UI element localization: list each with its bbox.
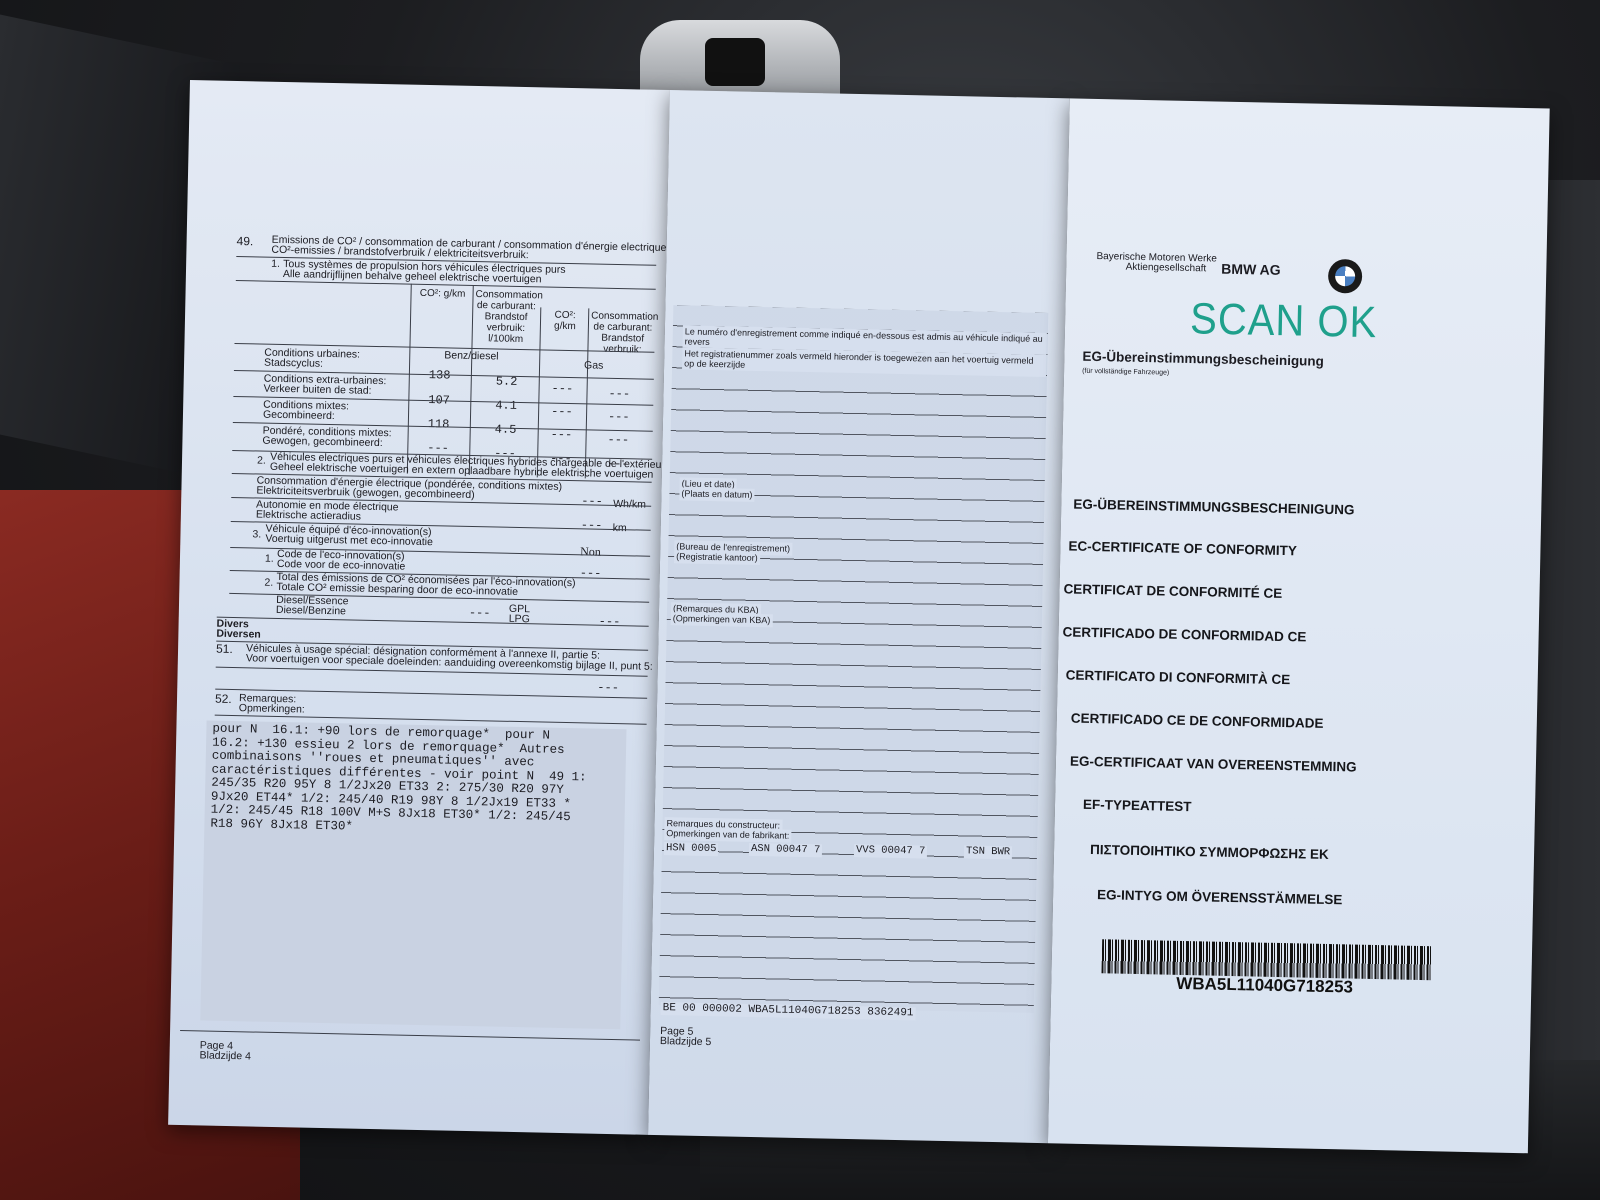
tsn-code: TSN BWR (964, 845, 1012, 859)
place-date-label-nl: (Plaats en datum) (679, 487, 754, 502)
page-4-number-nl: Bladzijde 4 (199, 1050, 251, 1062)
diesel-nl: Diesel/Benzine (276, 605, 346, 617)
emissions-table-row: Conditions urbaines: Stadscyclus: 138 5.… (190, 80, 670, 90)
row-consumption-value: 4.5 (495, 424, 517, 435)
document-title: EG-Übereinstimmungsbescheinigung (1082, 351, 1324, 367)
certificate-title-de: EG-ÜBEREINSTIMMUNGSBESCHEINIGUNG (1073, 499, 1354, 516)
section-49-number: 49. (237, 236, 254, 247)
section-52-label-nl: Opmerkingen: (239, 703, 305, 715)
certificate-title-nl: EG-CERTIFICAAT VAN OVEREENSTEMMING (1070, 756, 1357, 773)
company-name-line2: Aktiengesellschaft (1096, 261, 1206, 274)
page-5-number-nl: Bladzijde 5 (660, 1036, 712, 1048)
gear-selector-button (705, 38, 765, 86)
page-4: 49. Emissions de CO² / consommation de c… (168, 80, 670, 1135)
electric-range-value: --- (581, 520, 603, 531)
emissions-table-row: Conditions mixtes: Gecombineerd: 118 4.5… (190, 80, 670, 90)
row-co2-gas-value: --- (551, 407, 573, 418)
remarks-text: pour N 16.1: +90 lors de remorquage* pou… (210, 723, 632, 840)
group-gas: Gas (584, 360, 603, 371)
row-co2-value: 138 (429, 370, 451, 381)
row-label-nl: Gewogen, gecombineerd: (262, 436, 382, 450)
emissions-table-row: Conditions extra-urbaines: Verkeer buite… (190, 80, 670, 90)
row-co2-value: --- (427, 443, 449, 454)
sub2-number: 2. (257, 455, 266, 466)
eco-total-number: 2. (264, 578, 273, 589)
kba-remarks-label-nl: (Opmerkingen van KBA) (671, 612, 773, 627)
certificate-title-it: CERTIFICATO DI CONFORMITÀ CE (1066, 669, 1291, 685)
manufacturer-remarks-label-nl: Opmerkingen van de fabrikant: (664, 827, 791, 843)
sub3-number: 3. (252, 529, 261, 540)
divers-heading-nl: Diversen (216, 629, 261, 641)
gpl-value: --- (599, 617, 621, 628)
bmw-roundel-icon (1328, 259, 1363, 294)
ruled-area (659, 305, 1049, 1013)
eco-innovation-value: Non (580, 546, 601, 557)
eco-innovation-nl: Voertuig uitgerust met eco-innovatie (265, 534, 433, 549)
row-consumption-value: 5.2 (496, 376, 518, 387)
row-co2-value: 118 (428, 419, 450, 430)
row-label-nl: Gecombineerd: (263, 410, 335, 423)
brand-name: BMW AG (1221, 264, 1281, 276)
hsn-code: HSN 0005 (664, 842, 719, 856)
vin-barcode (1101, 939, 1432, 980)
page-5: Le numéro d'enregistrement comme indiqué… (648, 90, 1070, 1143)
row-consumption-gas-value: --- (608, 389, 630, 400)
group-benz-diesel: Benz/diesel (444, 350, 499, 362)
section-51-value: --- (597, 683, 619, 694)
certificate-of-conformity-document: 49. Emissions de CO² / consommation de c… (168, 80, 1550, 1153)
col-co2-gas-header: CO²: g/km (543, 309, 587, 332)
certificate-title-fr: CERTIFICAT DE CONFORMITÉ CE (1063, 583, 1282, 599)
col-consumption-gas-header: Consommation de carburant: Brandstof ver… (590, 310, 655, 355)
sub1-number: 1. (271, 259, 280, 270)
row-consumption-gas-value: --- (607, 435, 629, 446)
row-co2-gas-value: --- (551, 430, 573, 441)
certificate-title-pt: CERTIFICADO CE DE CONFORMIDADE (1071, 713, 1324, 729)
diesel-value: --- (469, 608, 491, 619)
scan-ok-stamp: SCAN OK (1190, 295, 1378, 348)
certificate-title-sv: EG-INTYG OM ÖVERENSSTÄMMELSE (1097, 889, 1342, 905)
certificate-title-da: EF-TYPEATTEST (1083, 799, 1192, 812)
electric-consumption-value: --- (581, 496, 603, 507)
row-consumption-gas-value: --- (608, 412, 630, 423)
certificate-title-en: EC-CERTIFICATE OF CONFORMITY (1068, 540, 1297, 556)
certificate-title-es: CERTIFICADO DE CONFORMIDAD CE (1063, 626, 1307, 642)
row-label-nl: Verkeer buiten de stad: (263, 384, 371, 397)
registration-office-label-nl: (Registratie kantoor) (674, 550, 760, 565)
col-consumption-header: Consommation de carburant: Brandstof ver… (475, 289, 538, 345)
eco-code-number: 1. (265, 554, 274, 565)
section-52-number: 52. (215, 694, 232, 705)
section-51-number: 51. (216, 644, 233, 655)
asn-code: ASN 00047 7 (749, 843, 823, 858)
cover-page: Bayerische Motoren Werke Aktiengesellsch… (1048, 98, 1550, 1153)
electric-range-nl: Elektrische actieradius (256, 509, 361, 522)
document-subtitle: (für vollständige Fahrzeuge) (1082, 366, 1169, 379)
row-label-nl: Stadscyclus: (264, 358, 323, 370)
col-co2-header: CO²: g/km (417, 288, 467, 300)
row-co2-gas-value: --- (551, 384, 573, 395)
emissions-table-row: Pondéré, conditions mixtes: Gewogen, gec… (190, 80, 670, 90)
vvs-code: VVS 00047 7 (854, 844, 928, 859)
vin-number: WBA5L11040G718253 (1176, 978, 1353, 993)
certificate-title-el: ΠΙΣΤΟΠΟΙΗΤΙΚΟ ΣΥΜΜΟΡΦΩΣΗΣ ΕΚ (1090, 844, 1329, 860)
